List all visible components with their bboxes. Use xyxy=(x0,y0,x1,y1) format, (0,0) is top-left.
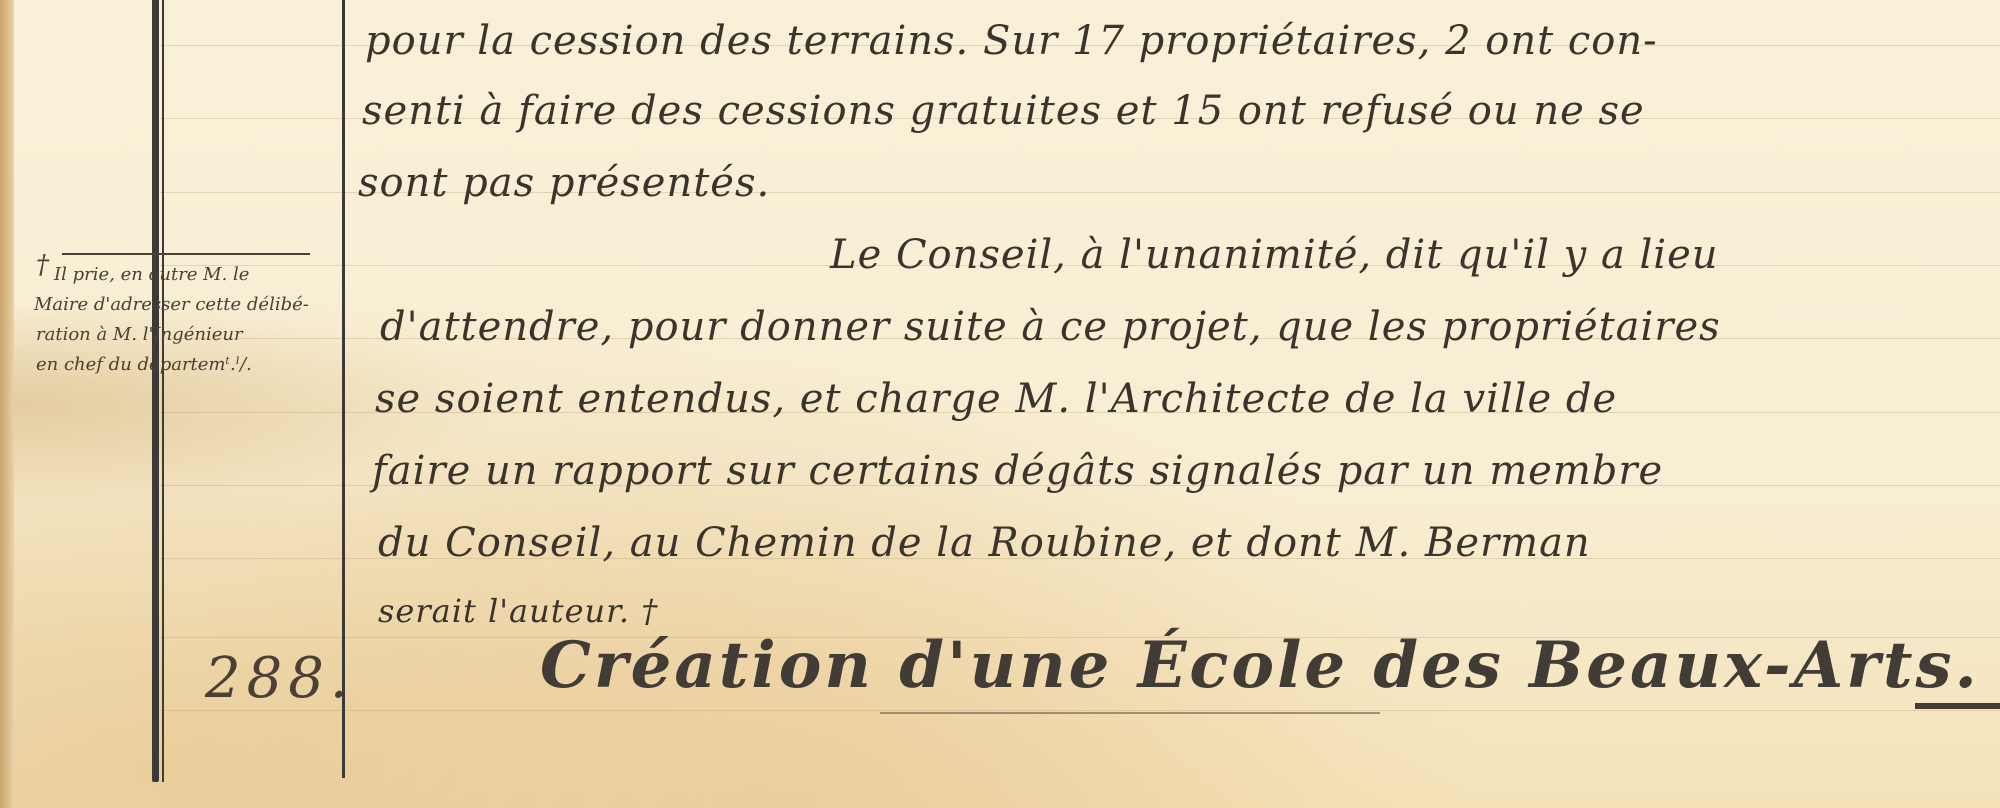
margin-border-thin xyxy=(162,0,164,782)
entry-number: 288. xyxy=(205,646,354,711)
heading-underline xyxy=(880,712,1380,714)
heading-end-dash xyxy=(1915,703,2000,709)
register-page: † Il prie, en outre M. le Maire d'adress… xyxy=(0,0,2000,808)
margin-note-line: Maire d'adresser cette délibé- xyxy=(34,294,309,315)
body-line: faire un rapport sur certains dégâts sig… xyxy=(372,448,1663,494)
body-line: sont pas présentés. xyxy=(358,160,770,206)
margin-note-line: Il prie, en outre M. le xyxy=(54,264,249,285)
body-line: du Conseil, au Chemin de la Roubine, et … xyxy=(378,520,1591,566)
body-line: Le Conseil, à l'unanimité, dit qu'il y a… xyxy=(830,232,1719,278)
ruled-line xyxy=(160,710,2000,711)
margin-note-rule xyxy=(62,253,310,255)
body-line: se soient entendus, et charge M. l'Archi… xyxy=(375,376,1617,422)
margin-border-thick xyxy=(152,0,159,782)
binding-edge xyxy=(0,0,14,808)
body-line: senti à faire des cessions gratuites et … xyxy=(362,88,1645,134)
margin-note-line: en chef du départemᵗ.ˡ/. xyxy=(36,354,252,375)
body-line: d'attendre, pour donner suite à ce proje… xyxy=(380,304,1721,350)
body-line: pour la cession des terrains. Sur 17 pro… xyxy=(365,18,1658,64)
section-heading: Création d'une École des Beaux-Arts. xyxy=(540,628,1980,703)
body-line: serait l'auteur. † xyxy=(378,592,658,630)
margin-note-line: ration à M. l'Ingénieur xyxy=(36,324,243,345)
margin-note-marker: † xyxy=(36,250,49,280)
